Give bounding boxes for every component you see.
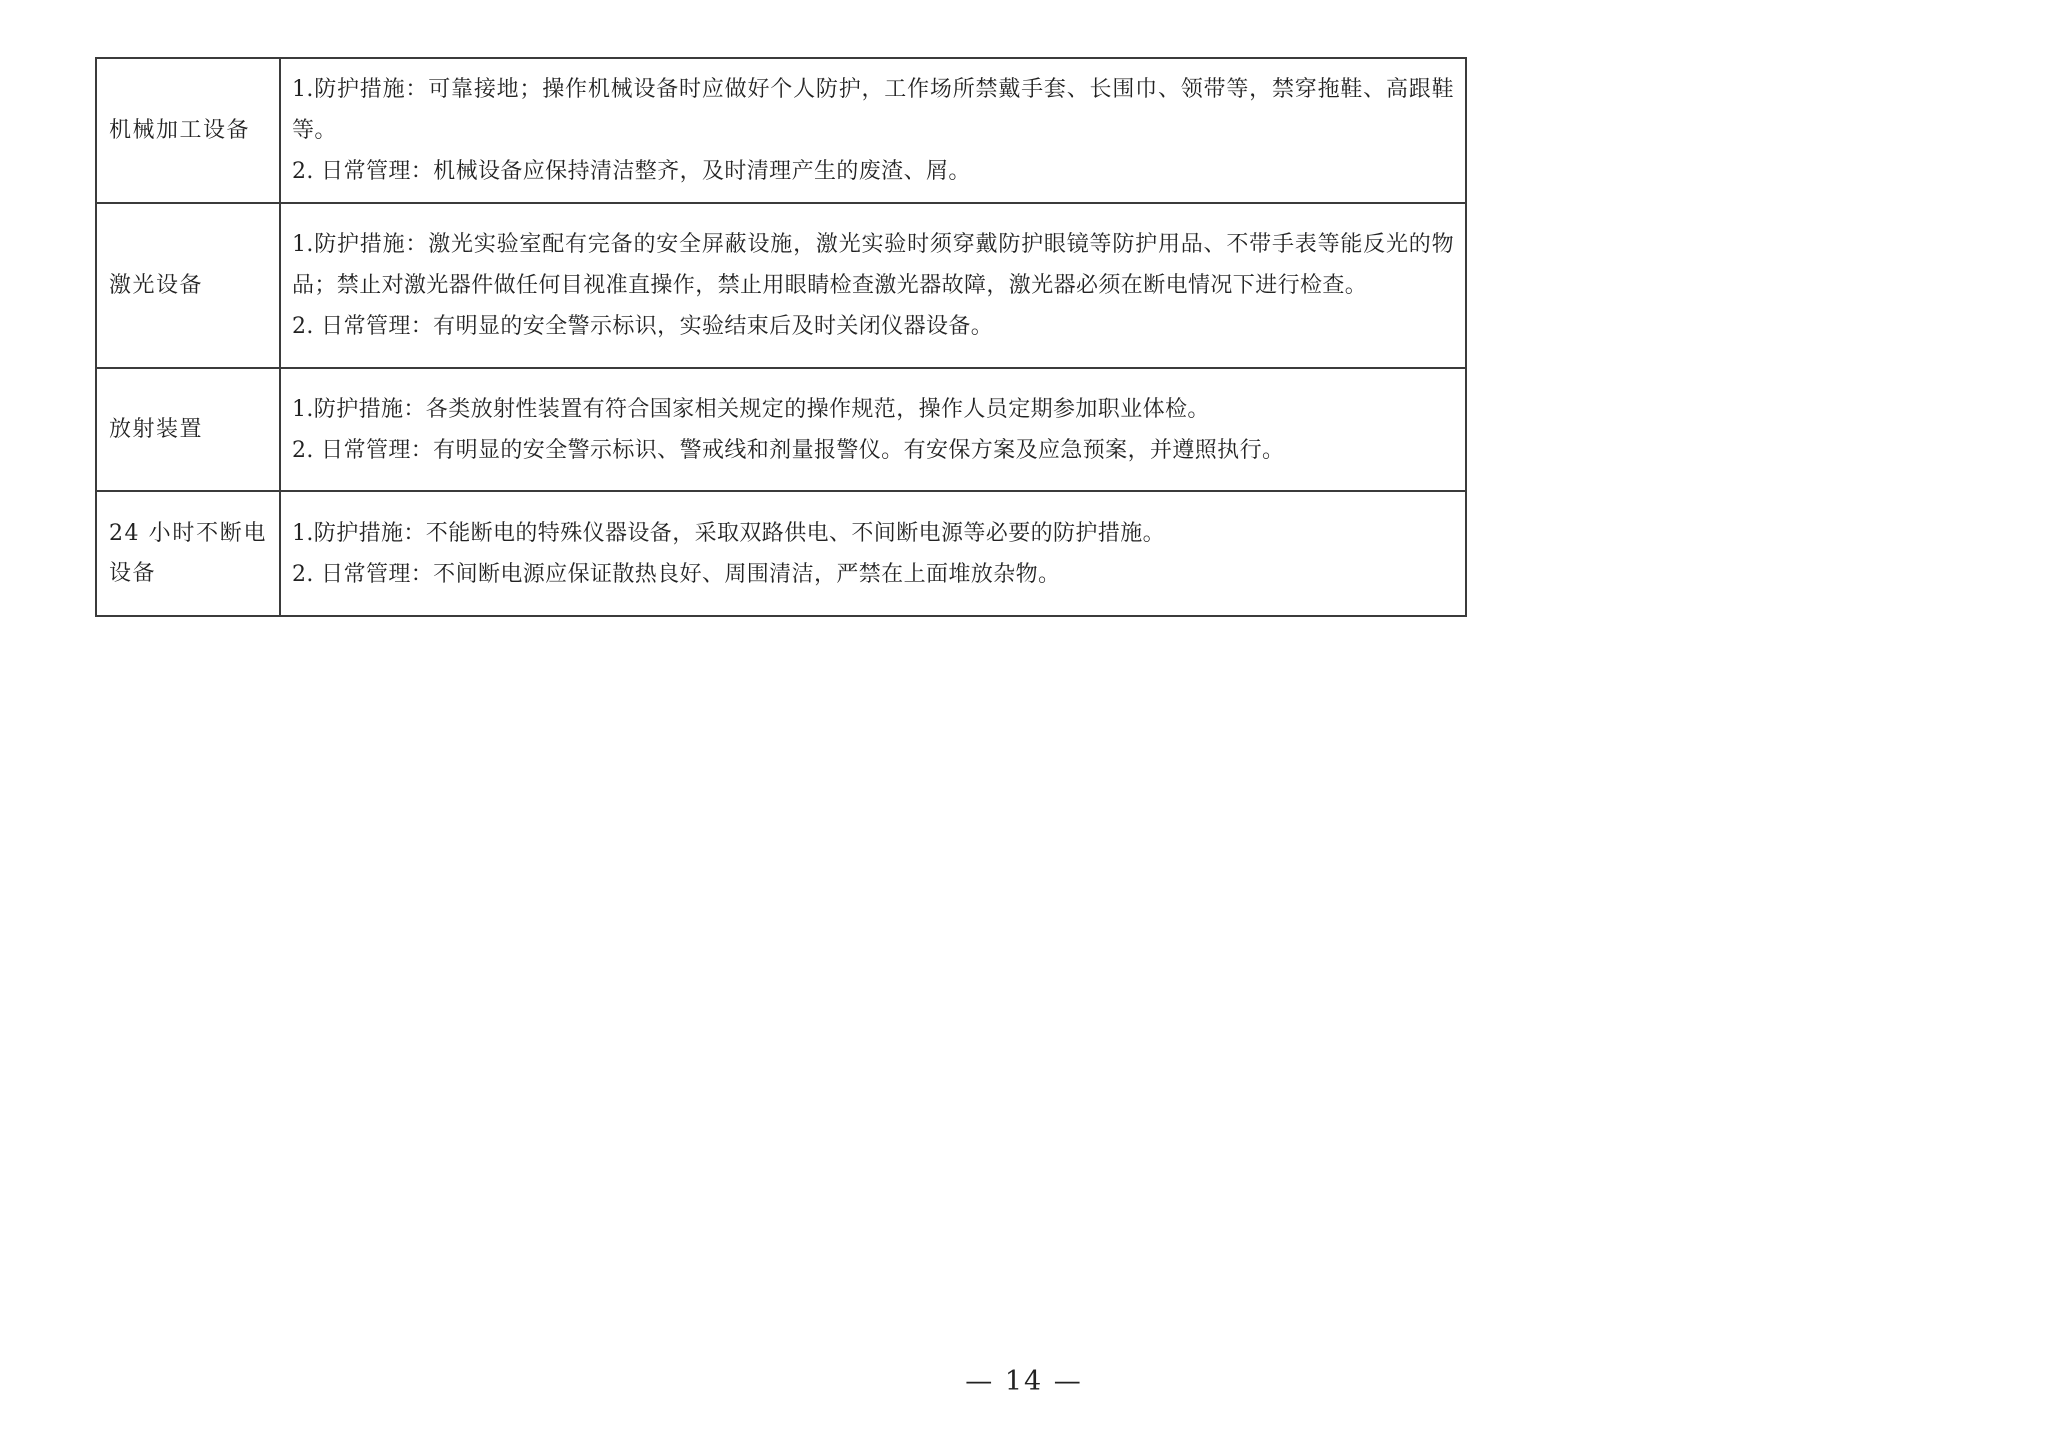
measures-cell: 1.防护措施：可靠接地；操作机械设备时应做好个人防护，工作场所禁戴手套、长围巾、… [280, 58, 1466, 203]
equipment-name-cell: 24 小时不断电设备 [96, 491, 280, 616]
table-row-laser-equipment: 激光设备 1.防护措施：激光实验室配有完备的安全屏蔽设施，激光实验时须穿戴防护眼… [96, 203, 1466, 368]
protection-measures-text: 1.防护措施：各类放射性装置有符合国家相关规定的操作规范，操作人员定期参加职业体… [292, 389, 1454, 430]
daily-management-text: 2. 日常管理：有明显的安全警示标识、警戒线和剂量报警仪。有安保方案及应急预案，… [292, 430, 1454, 471]
table-row-uninterrupted-power-equipment: 24 小时不断电设备 1.防护措施：不能断电的特殊仪器设备，采取双路供电、不间断… [96, 491, 1466, 616]
protection-measures-text: 1.防护措施：不能断电的特殊仪器设备，采取双路供电、不间断电源等必要的防护措施。 [292, 513, 1454, 554]
equipment-name-label: 放射装置 [109, 417, 203, 442]
measures-cell: 1.防护措施：各类放射性装置有符合国家相关规定的操作规范，操作人员定期参加职业体… [280, 368, 1466, 491]
equipment-name-cell: 激光设备 [96, 203, 280, 368]
equipment-name-cell: 机械加工设备 [96, 58, 280, 203]
equipment-name-label: 机械加工设备 [109, 118, 250, 143]
measures-cell: 1.防护措施：不能断电的特殊仪器设备，采取双路供电、不间断电源等必要的防护措施。… [280, 491, 1466, 616]
protection-measures-text: 1.防护措施：激光实验室配有完备的安全屏蔽设施，激光实验时须穿戴防护眼镜等防护用… [292, 224, 1454, 306]
equipment-safety-table: 机械加工设备 1.防护措施：可靠接地；操作机械设备时应做好个人防护，工作场所禁戴… [95, 57, 1467, 617]
measures-cell: 1.防护措施：激光实验室配有完备的安全屏蔽设施，激光实验时须穿戴防护眼镜等防护用… [280, 203, 1466, 368]
document-page: 机械加工设备 1.防护措施：可靠接地；操作机械设备时应做好个人防护，工作场所禁戴… [0, 0, 2048, 1447]
protection-measures-text: 1.防护措施：可靠接地；操作机械设备时应做好个人防护，工作场所禁戴手套、长围巾、… [292, 69, 1454, 151]
table-row-mechanical-equipment: 机械加工设备 1.防护措施：可靠接地；操作机械设备时应做好个人防护，工作场所禁戴… [96, 58, 1466, 203]
daily-management-text: 2. 日常管理：机械设备应保持清洁整齐，及时清理产生的废渣、屑。 [292, 151, 1454, 192]
equipment-name-label: 24 小时不断电设备 [109, 521, 267, 586]
equipment-name-label: 激光设备 [109, 273, 203, 298]
equipment-name-cell: 放射装置 [96, 368, 280, 491]
table-row-radiation-device: 放射装置 1.防护措施：各类放射性装置有符合国家相关规定的操作规范，操作人员定期… [96, 368, 1466, 491]
daily-management-text: 2. 日常管理：不间断电源应保证散热良好、周围清洁，严禁在上面堆放杂物。 [292, 554, 1454, 595]
page-number: — 14 — [0, 1366, 2048, 1397]
daily-management-text: 2. 日常管理：有明显的安全警示标识，实验结束后及时关闭仪器设备。 [292, 306, 1454, 347]
